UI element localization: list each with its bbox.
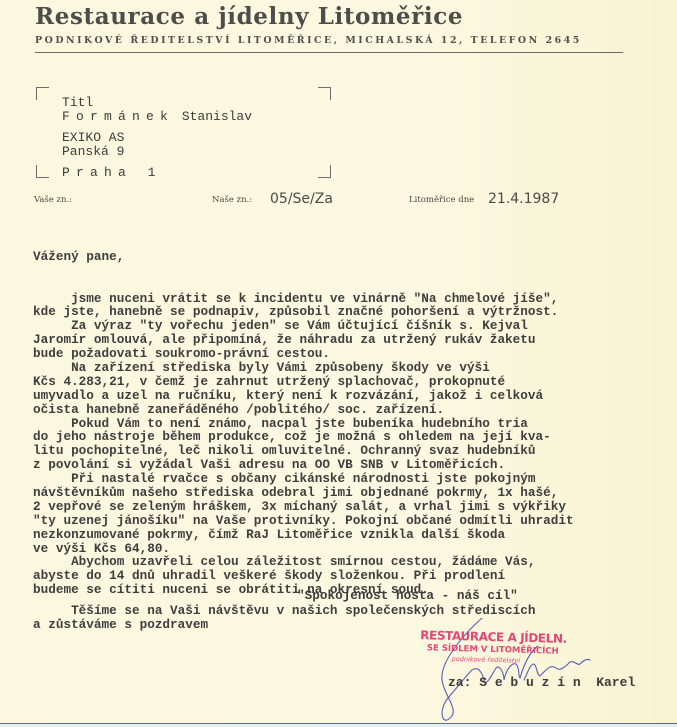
body-line: "ty uzenej jánošíku" na Vaše protivníky.… <box>33 514 574 528</box>
recipient-district: 1 <box>148 165 156 180</box>
your-ref-label: Vaše zn.: <box>34 195 72 205</box>
letter-body: Vážený pane, jsme nuceni vrátit se k inc… <box>33 222 574 632</box>
letterhead-divider <box>35 52 623 53</box>
body-line: Pokud Vám to není známo, nacpal jste bub… <box>33 417 574 431</box>
page-bottom-border <box>0 723 677 727</box>
body-line: litu pochopitelné, leč nikoli omluviteln… <box>33 444 574 458</box>
body-line: Na zařízení střediska byly Vámi způsoben… <box>33 361 574 375</box>
body-line: umyvadlo a uzel na ručníku, který není k… <box>33 389 574 403</box>
salutation: Vážený pane, <box>33 250 574 264</box>
body-line: Kčs 4.283,21, v čemž je zahrnut utržený … <box>33 375 574 389</box>
body-line: bude požadovati soukromo-právní cestou. <box>33 347 574 361</box>
signer-prefix: za: <box>448 675 471 690</box>
our-ref-value: 05/Se/Za <box>270 191 333 207</box>
address-window-corner <box>36 87 49 100</box>
body-line: kde jste, hanebně se podnapiv, způsobil … <box>33 305 574 319</box>
recipient-company: EXIKO AS <box>62 131 124 145</box>
body-line: Jaromír omlouvá, ale připomíná, že náhra… <box>33 333 574 347</box>
body-line: Abychom uzavřeli celou záležitost smírno… <box>33 555 574 569</box>
signer: za: S e b u z í n Karel <box>448 675 635 690</box>
recipient-street: Panská 9 <box>62 145 124 159</box>
place-date-label: Litoměřice dne <box>409 195 474 205</box>
recipient-city-line: Praha 1 <box>62 166 155 180</box>
letterhead-title: Restaurace a jídelny Litoměřice <box>35 3 463 30</box>
address-window-corner <box>36 165 49 178</box>
our-ref-label: Naše zn.: <box>212 195 252 205</box>
address-window-corner <box>318 165 331 178</box>
body-line: Těšíme se na Vaši návštěvu v našich spol… <box>33 604 574 618</box>
body-line: ve výši Kčs 64,80. <box>33 542 574 556</box>
address-window-corner <box>318 87 331 100</box>
body-line: Za výraz "ty vořechu jeden" se Vám účtuj… <box>33 319 574 333</box>
letter-page: Restaurace a jídelny Litoměřice PODNIKOV… <box>0 0 677 723</box>
company-stamp: RESTAURACE A JÍDELN. SE SÍDLEM V LITOMĚŘ… <box>420 628 567 666</box>
body-line: nezkonzumované pokrmy, čímž RaJ Litoměři… <box>33 528 574 542</box>
body-line: 2 vepřové se zeleným hráškem, 3x míchaný… <box>33 500 574 514</box>
body-line: do jeho nástroje během produkce, což je … <box>33 430 574 444</box>
body-line: jsme nuceni vrátit se k incidentu ve vin… <box>33 292 574 306</box>
recipient-first-name: Stanislav <box>182 109 252 124</box>
body-line: očista hanebně zaneřáděného /poblitého/ … <box>33 403 574 417</box>
body-line: Při nastalé rvačce s občany cikánské nár… <box>33 472 574 486</box>
motto: "Spokojenost hosta - náš cíl" <box>297 588 518 603</box>
recipient-name: Formánek Stanislav <box>62 110 252 124</box>
recipient-title: Titl <box>62 96 93 110</box>
letter-date: 21.4.1987 <box>488 191 559 207</box>
letterhead-subtitle: PODNIKOVÉ ŘEDITELSTVÍ LITOMĚŘICE, MICHAL… <box>35 35 582 46</box>
body-line: návštěvníkům našeho střediska odebral ji… <box>33 486 574 500</box>
recipient-surname: Formánek <box>62 109 174 124</box>
body-line: z povolání si vyžádal Vaši adresu na OO … <box>33 458 574 472</box>
signer-name: S e b u z í n Karel <box>479 675 635 690</box>
recipient-city: Praha <box>62 165 132 180</box>
body-line: abyste do 14 dnů uhradil veškeré škody s… <box>33 569 574 583</box>
